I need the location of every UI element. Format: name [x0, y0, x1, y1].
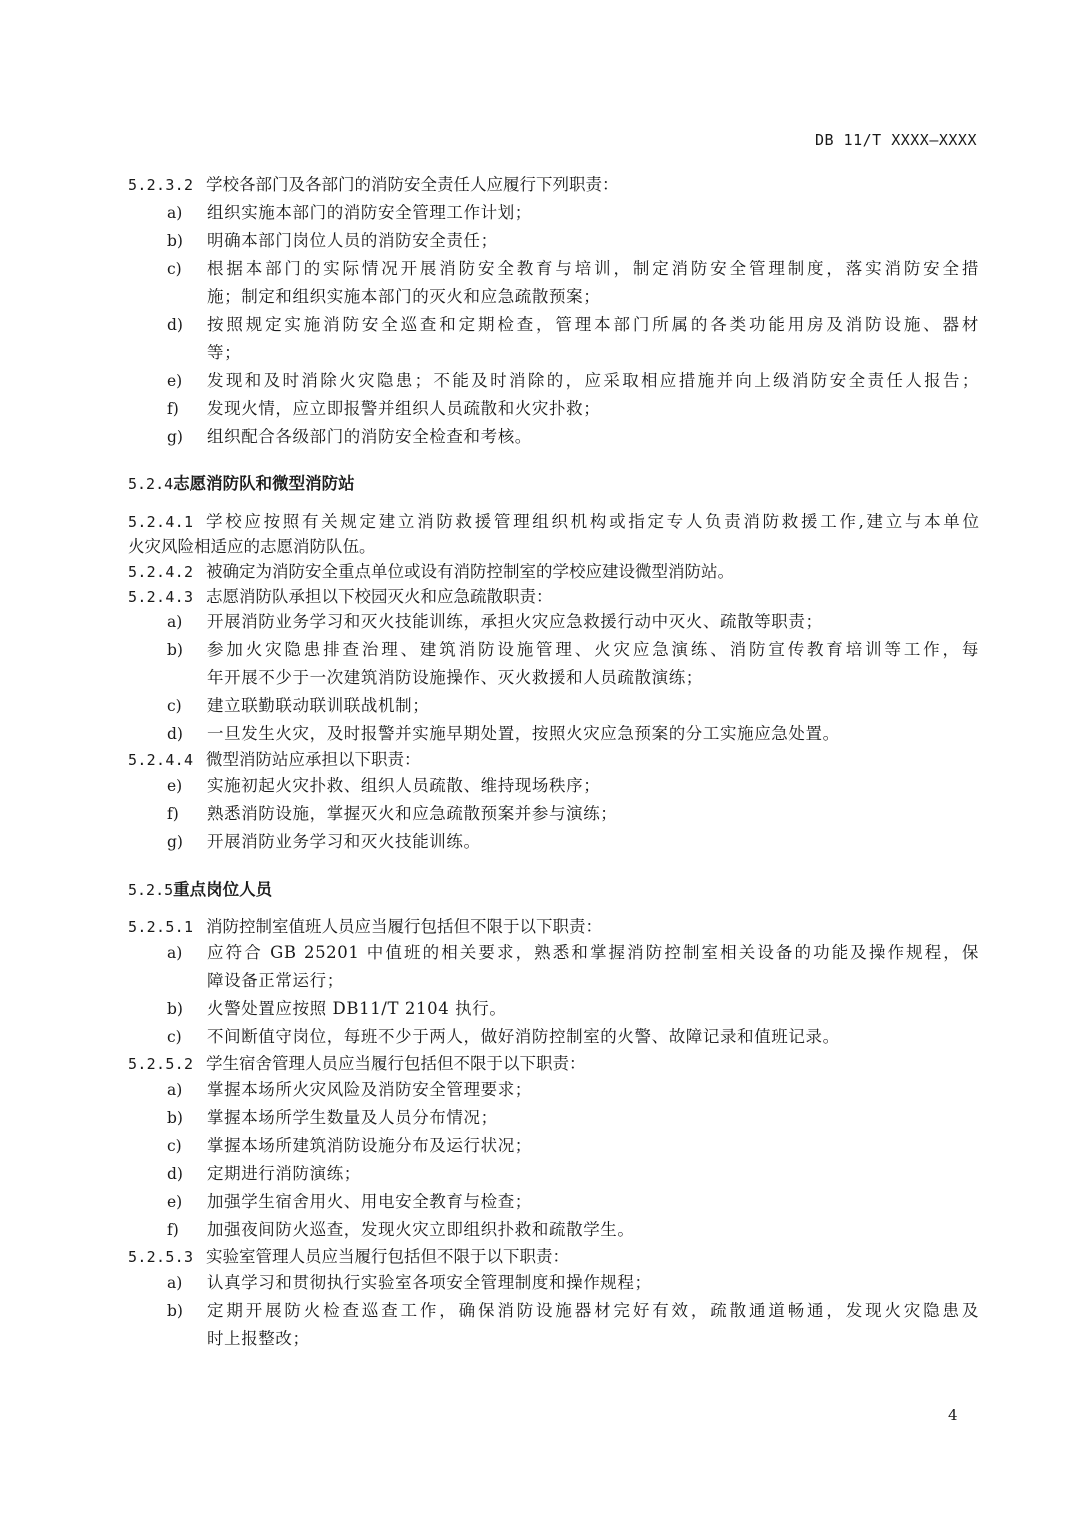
document-page: DB 11/T XXXX—XXXX 5.2.3.2 学校各部门及各部门的消防安全… [0, 0, 1080, 1527]
clause-text: 消防控制室值班人员应当履行包括但不限于以下职责： [206, 917, 602, 937]
item-label: f) [167, 804, 179, 824]
item-text: 定期开展防火检查巡查工作，确保消防设施器材完好有效，疏散通道畅通，发现火灾隐患及 [207, 1301, 979, 1321]
clause-number: 5.2.5.1 [128, 917, 193, 937]
item-text: 开展消防业务学习和灭火技能训练。 [207, 832, 979, 852]
item-label: d) [167, 315, 183, 335]
item-text: 组织配合各级部门的消防安全检查和考核。 [207, 427, 979, 447]
clause-text: 微型消防站应承担以下职责： [206, 750, 421, 770]
item-text: 等； [207, 343, 979, 363]
heading-number: 5.2.4 [128, 475, 173, 493]
item-text: 一旦发生火灾，及时报警并实施早期处置，按照火灾应急预案的分工实施应急处置。 [207, 724, 979, 744]
item-text: 组织实施本部门的消防安全管理工作计划； [207, 203, 979, 223]
clause-text: 火灾风险相适应的志愿消防队伍。 [128, 537, 376, 557]
clause-number: 5.2.4.3 [128, 587, 193, 607]
standard-code-header: DB 11/T XXXX—XXXX [815, 131, 977, 149]
heading-number: 5.2.5 [128, 881, 173, 899]
item-text: 不间断值守岗位，每班不少于两人，做好消防控制室的火警、故障记录和值班记录。 [207, 1027, 979, 1047]
item-label: a) [167, 612, 182, 632]
item-label: c) [167, 259, 182, 279]
item-text: 掌握本场所火灾风险及消防安全管理要求； [207, 1080, 979, 1100]
item-label: c) [167, 696, 182, 716]
item-text: 发现和及时消除火灾隐患；不能及时消除的，应采取相应措施并向上级消防安全责任人报告… [207, 371, 979, 391]
item-text: 参加火灾隐患排查治理、建筑消防设施管理、火灾应急演练、消防宣传教育培训等工作，每 [207, 640, 979, 660]
item-label: g) [167, 427, 183, 447]
item-text: 按照规定实施消防安全巡查和定期检查，管理本部门所属的各类功能用房及消防设施、器材 [207, 315, 979, 335]
clause-number: 5.2.5.2 [128, 1054, 193, 1074]
clause-number: 5.2.5.3 [128, 1247, 193, 1267]
item-text: 应符合 GB 25201 中值班的相关要求，熟悉和掌握消防控制室相关设备的功能及… [207, 943, 979, 963]
item-label: b) [167, 1301, 183, 1321]
clause-text: 实验室管理人员应当履行包括但不限于以下职责： [206, 1247, 569, 1267]
item-text: 火警处置应按照 DB11/T 2104 执行。 [207, 999, 979, 1019]
item-label: a) [167, 1080, 182, 1100]
item-label: b) [167, 640, 183, 660]
item-label: b) [167, 231, 183, 251]
clause-number: 5.2.4.4 [128, 750, 193, 770]
item-text: 定期进行消防演练； [207, 1164, 979, 1184]
item-text: 认真学习和贯彻执行实验室各项安全管理制度和操作规程； [207, 1273, 979, 1293]
item-label: b) [167, 1108, 183, 1128]
item-label: e) [167, 776, 182, 796]
clause-text: 志愿消防队承担以下校园灭火和应急疏散职责： [206, 587, 553, 607]
item-text: 掌握本场所建筑消防设施分布及运行状况； [207, 1136, 979, 1156]
heading-title: 志愿消防队和微型消防站 [173, 474, 355, 493]
heading-title: 重点岗位人员 [173, 880, 272, 899]
section-heading-5-2-5: 5.2.5重点岗位人员 [128, 876, 272, 900]
clause-number: 5.2.4.1 [128, 512, 193, 532]
clause-text: 被确定为消防安全重点单位或设有消防控制室的学校应建设微型消防站。 [206, 562, 734, 582]
item-text: 熟悉消防设施，掌握灭火和应急疏散预案并参与演练； [207, 804, 979, 824]
item-label: d) [167, 1164, 183, 1184]
item-label: d) [167, 724, 183, 744]
item-text: 时上报整改； [207, 1329, 979, 1349]
item-label: a) [167, 203, 182, 223]
clause-text: 学校各部门及各部门的消防安全责任人应履行下列职责： [206, 175, 619, 195]
page-number: 4 [948, 1406, 958, 1424]
item-label: e) [167, 371, 182, 391]
clause-number: 5.2.4.2 [128, 562, 193, 582]
item-text: 施；制定和组织实施本部门的灭火和应急疏散预案； [207, 287, 979, 307]
item-label: f) [167, 399, 179, 419]
item-text: 开展消防业务学习和灭火技能训练，承担火灾应急救援行动中灭火、疏散等职责； [207, 612, 979, 632]
item-text: 发现火情，应立即报警并组织人员疏散和火灾扑救； [207, 399, 979, 419]
item-text: 年开展不少于一次建筑消防设施操作、灭火救援和人员疏散演练； [207, 668, 979, 688]
clause-text: 学生宿舍管理人员应当履行包括但不限于以下职责： [206, 1054, 586, 1074]
item-text: 明确本部门岗位人员的消防安全责任； [207, 231, 979, 251]
section-heading-5-2-4: 5.2.4志愿消防队和微型消防站 [128, 470, 355, 494]
item-label: c) [167, 1136, 182, 1156]
item-label: b) [167, 999, 183, 1019]
item-label: f) [167, 1220, 179, 1240]
item-label: c) [167, 1027, 182, 1047]
item-text: 障设备正常运行； [207, 971, 979, 991]
item-text: 掌握本场所学生数量及人员分布情况； [207, 1108, 979, 1128]
item-text: 加强学生宿舍用火、用电安全教育与检查； [207, 1192, 979, 1212]
item-text: 建立联勤联动联训联战机制； [207, 696, 979, 716]
item-label: a) [167, 1273, 182, 1293]
clause-text: 学校应按照有关规定建立消防救援管理组织机构或指定专人负责消防救援工作,建立与本单… [206, 512, 979, 532]
item-label: g) [167, 832, 183, 852]
item-text: 根据本部门的实际情况开展消防安全教育与培训，制定消防安全管理制度，落实消防安全措 [207, 259, 979, 279]
item-text: 实施初起火灾扑救、组织人员疏散、维持现场秩序； [207, 776, 979, 796]
item-label: e) [167, 1192, 182, 1212]
item-text: 加强夜间防火巡查，发现火灾立即组织扑救和疏散学生。 [207, 1220, 979, 1240]
item-label: a) [167, 943, 182, 963]
clause-number: 5.2.3.2 [128, 175, 193, 195]
